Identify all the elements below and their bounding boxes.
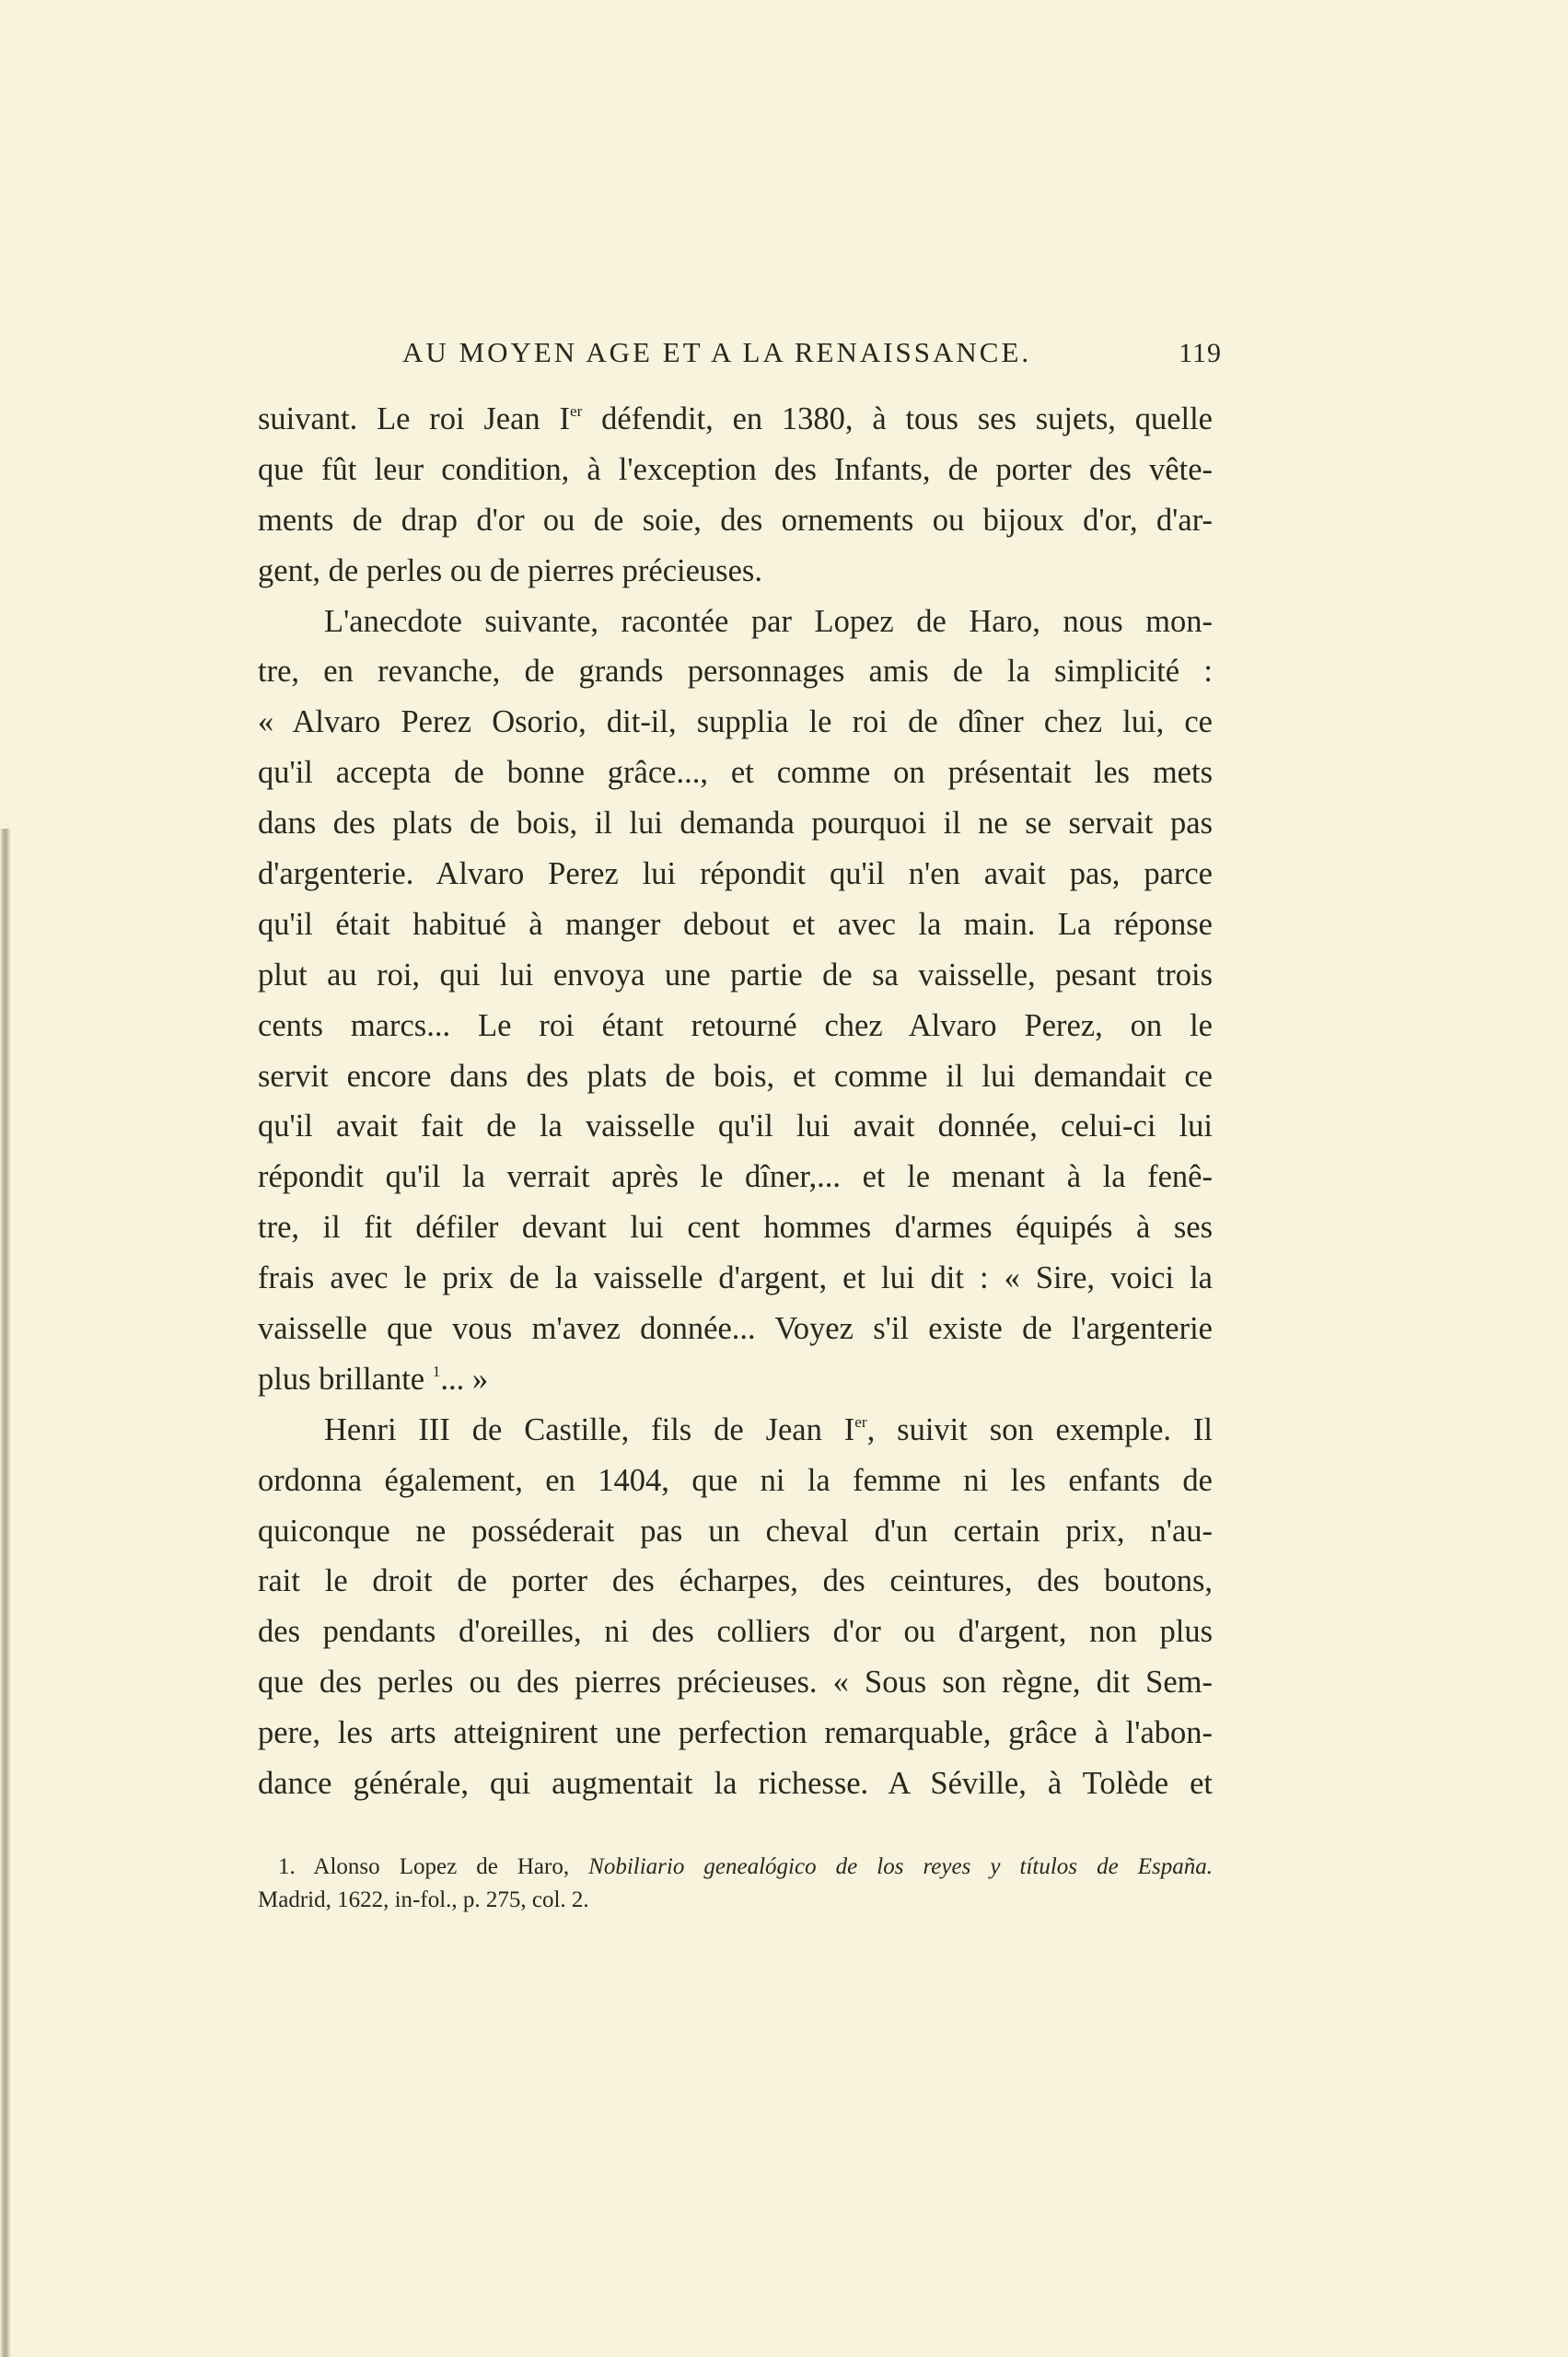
footnote-1: 1. Alonso Lopez de Haro, Nobiliario gene… (258, 1851, 1213, 1884)
text-line: d'argenterie. Alvaro Perez lui répondit … (258, 849, 1213, 900)
text-line: ments de drap d'or ou de soie, des ornem… (258, 495, 1213, 546)
text-line: suivant. Le roi Jean Ier défendit, en 13… (258, 394, 1213, 445)
footnotes: 1. Alonso Lopez de Haro, Nobiliario gene… (258, 1851, 1213, 1917)
text-line: cents marcs... Le roi étant retourné che… (258, 1001, 1213, 1051)
running-head-title: AU MOYEN AGE ET A LA RENAISSANCE. (402, 336, 1031, 369)
superscript: er (854, 1413, 866, 1431)
text-line: pere, les arts atteignirent une perfecti… (258, 1708, 1213, 1759)
text-line: qu'il accepta de bonne grâce..., et comm… (258, 748, 1213, 798)
footnote-title: Nobiliario genealógico de los reyes y tí… (588, 1854, 1213, 1879)
paragraph-start-line: Henri III de Castille, fils de Jean Ier,… (258, 1405, 1213, 1456)
text-line: qu'il avait fait de la vaisselle qu'il l… (258, 1101, 1213, 1152)
paragraph-start-line: L'anecdote suivante, racontée par Lopez … (258, 597, 1213, 647)
text-line: que des perles ou des pierres précieuses… (258, 1657, 1213, 1708)
text-line: vaisselle que vous m'avez donnée... Voye… (258, 1304, 1213, 1354)
text-line: quiconque ne posséderait pas un cheval d… (258, 1506, 1213, 1557)
text-line: dance générale, qui augmentait la riches… (258, 1759, 1213, 1809)
text-line: que fût leur condition, à l'exception de… (258, 445, 1213, 495)
text-line: tre, en revanche, de grands personnages … (258, 646, 1213, 697)
footnote-author: Alonso Lopez de Haro, (296, 1854, 588, 1879)
text-line: plus brillante 1... » (258, 1354, 1213, 1405)
text-line: dans des plats de bois, il lui demanda p… (258, 798, 1213, 849)
text-line: « Alvaro Perez Osorio, dit-il, supplia l… (258, 697, 1213, 748)
footnote-1-continuation: Madrid, 1622, in-fol., p. 275, col. 2. (258, 1884, 1213, 1917)
text-line: répondit qu'il la verrait après le dîner… (258, 1152, 1213, 1202)
text-line: tre, il fit défiler devant lui cent homm… (258, 1202, 1213, 1253)
superscript: er (570, 402, 582, 420)
text-line: rait le droit de porter des écharpes, de… (258, 1556, 1213, 1607)
page-number: 119 (1179, 338, 1222, 369)
footnote-number: 1. (278, 1854, 296, 1879)
running-head: AU MOYEN AGE ET A LA RENAISSANCE. 119 (402, 336, 1222, 369)
body-text: suivant. Le roi Jean Ier défendit, en 13… (258, 394, 1213, 1809)
text-line: qu'il était habitué à manger debout et a… (258, 900, 1213, 950)
text-line: gent, de perles ou de pierres précieuses… (258, 546, 1213, 597)
text-line: plut au roi, qui lui envoya une partie d… (258, 950, 1213, 1001)
text-line: des pendants d'oreilles, ni des colliers… (258, 1607, 1213, 1657)
text-line: servit encore dans des plats de bois, et… (258, 1051, 1213, 1102)
text-line: ordonna également, en 1404, que ni la fe… (258, 1456, 1213, 1506)
text-line: frais avec le prix de la vaisselle d'arg… (258, 1253, 1213, 1304)
page-binding-edge (0, 829, 11, 2357)
